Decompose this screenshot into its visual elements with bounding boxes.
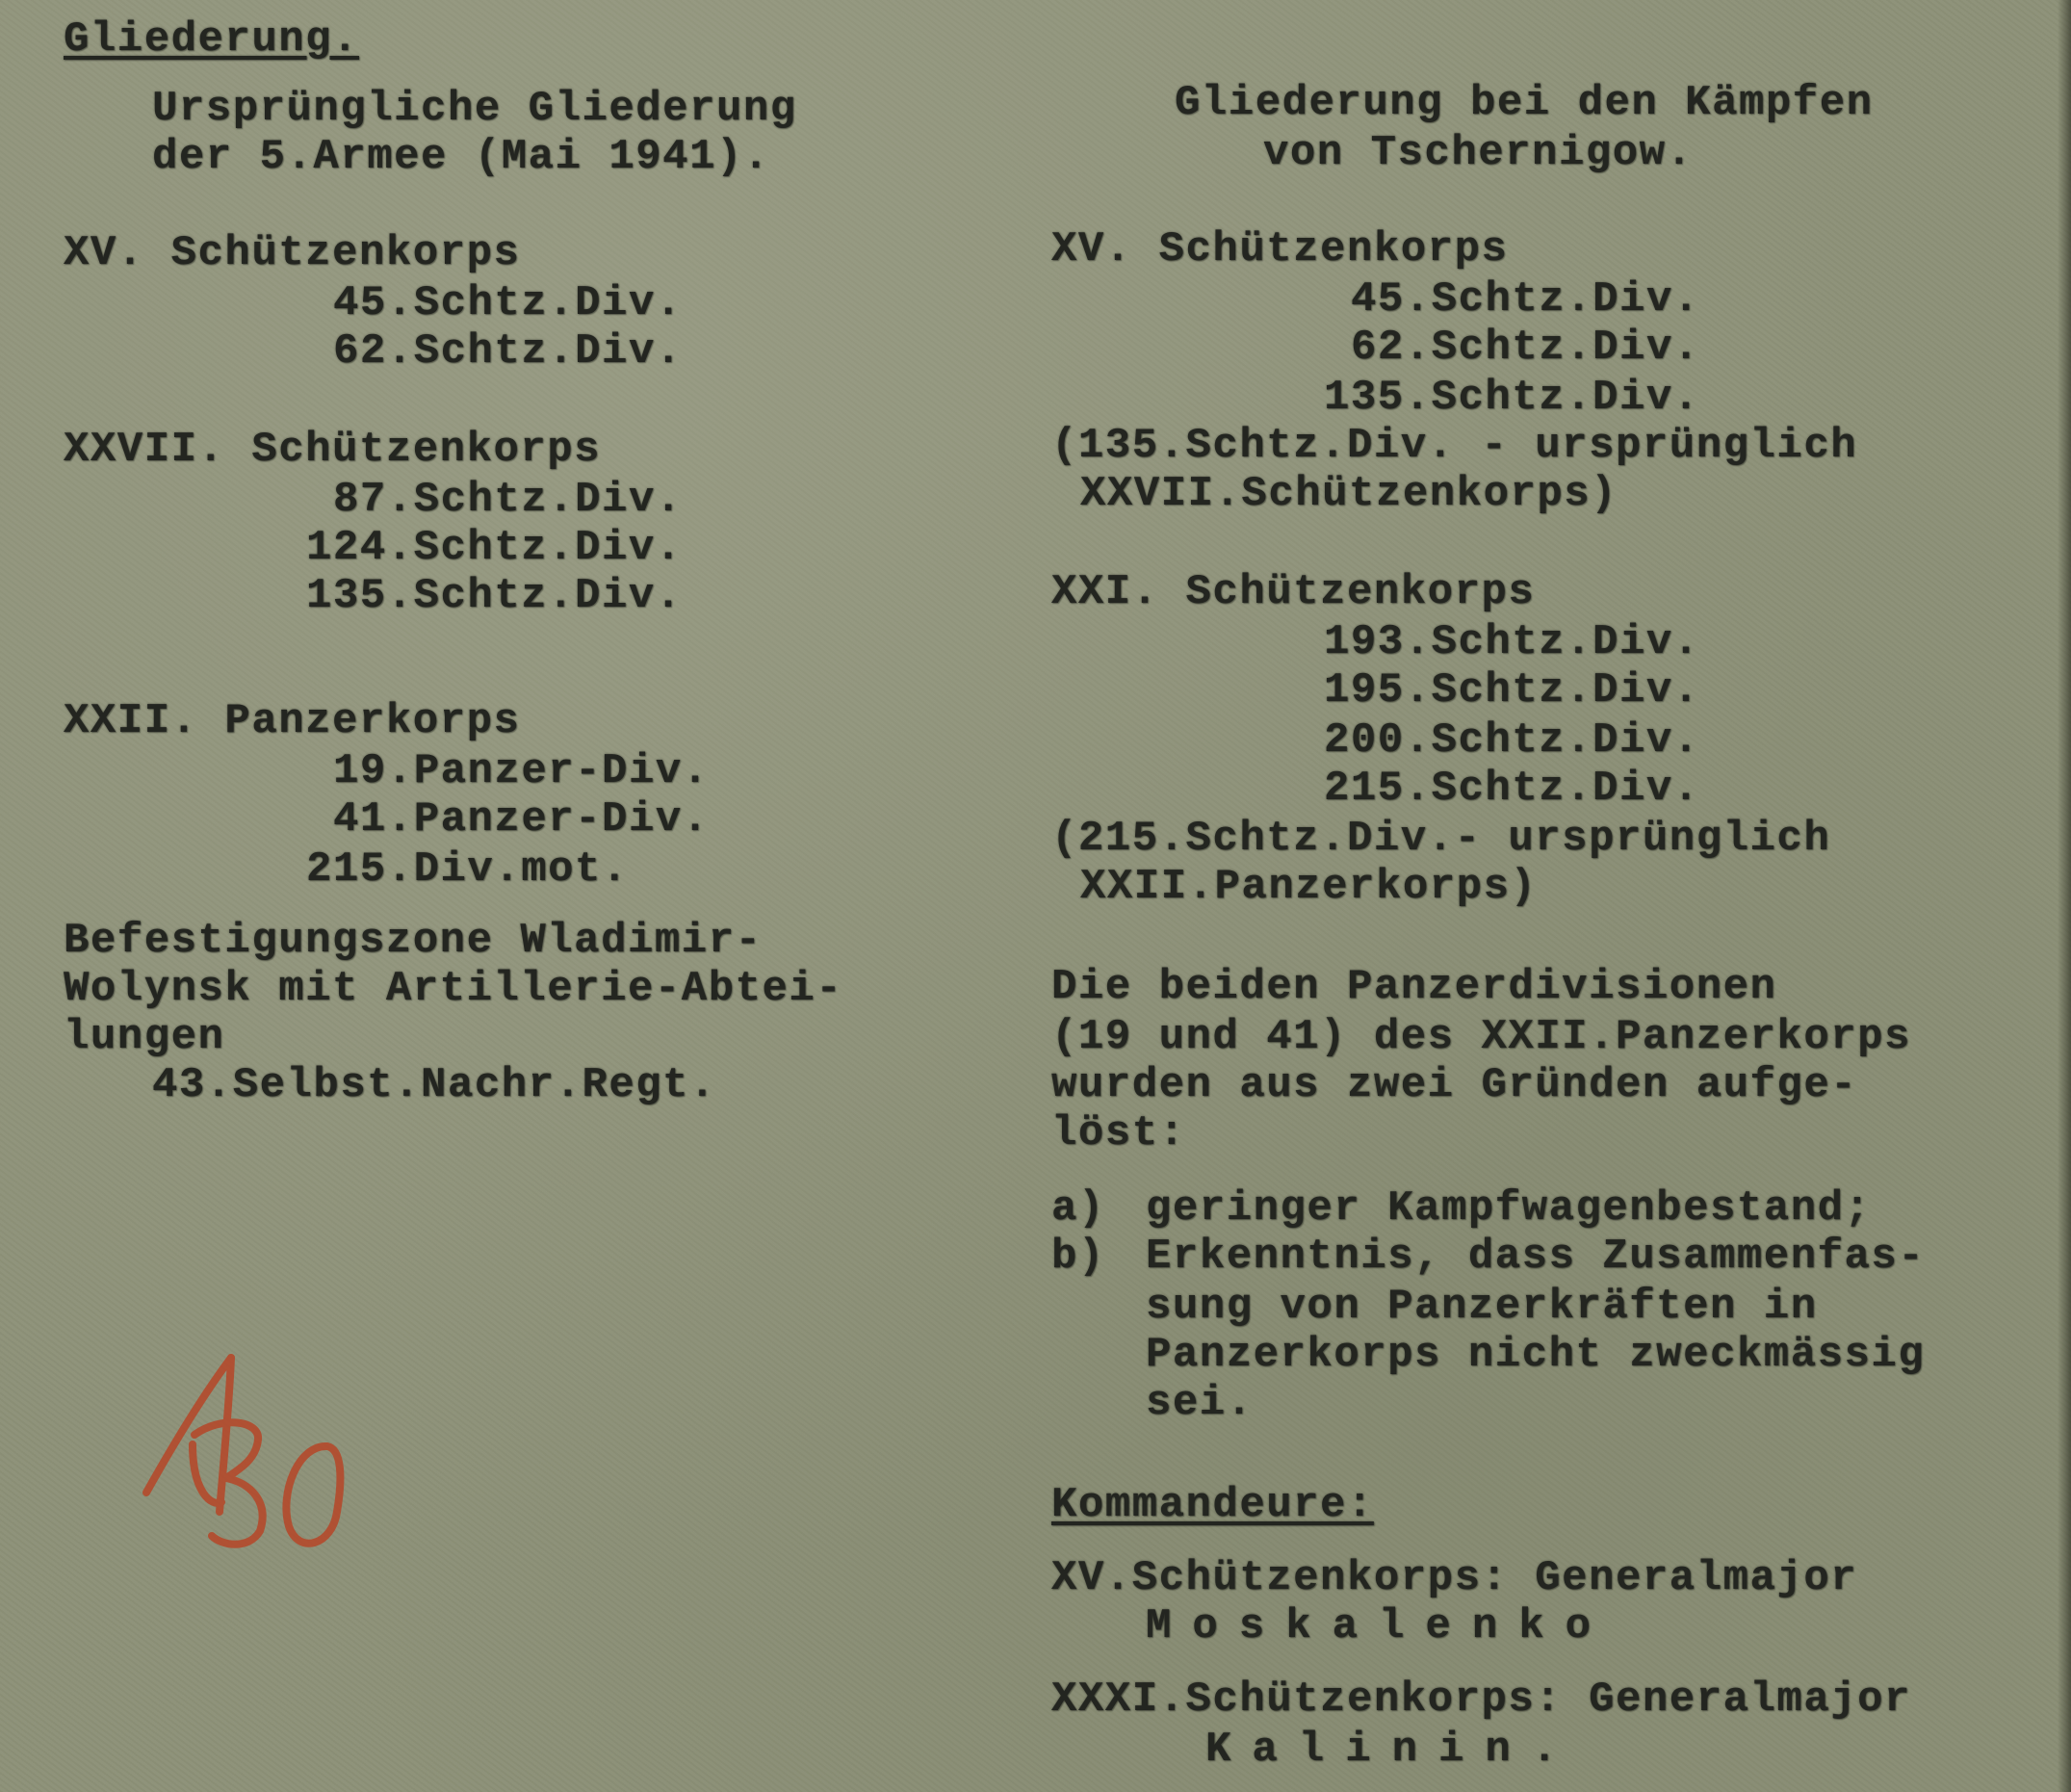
division-item: 135.Schtz.Div.	[1324, 374, 1700, 422]
division-item: 45.Schtz.Div.	[1351, 275, 1700, 324]
reason-b-label: b)	[1051, 1233, 1105, 1281]
left-title-line-2: der 5.Armee (Mai 1941).	[152, 133, 770, 181]
reason-a-label: a)	[1051, 1184, 1105, 1233]
corps-note-line-1: (215.Schtz.Div.- ursprünglich	[1051, 815, 1830, 863]
division-item: 41.Panzer-Div.	[333, 795, 710, 844]
explanation-line-1: Die beiden Panzerdivisionen	[1051, 963, 1776, 1011]
handwritten-page-number	[135, 1338, 385, 1570]
left-title-line-1: Ursprüngliche Gliederung	[152, 85, 797, 133]
reason-b-line-3: Panzerkorps nicht zweckmässig	[1146, 1331, 1925, 1379]
explanation-line-2: (19 und 41) des XXII.Panzerkorps	[1051, 1013, 1911, 1061]
commander-name-2: Kalinin.	[1205, 1726, 1578, 1774]
division-item: 193.Schtz.Div.	[1324, 618, 1700, 666]
division-item: 87.Schtz.Div.	[333, 476, 683, 524]
corps-xv-heading: XV. Schützenkorps	[64, 229, 520, 277]
commander-unit-2: XXXI.Schützenkorps: Generalmajor	[1051, 1675, 1911, 1724]
division-item: 195.Schtz.Div.	[1324, 666, 1700, 714]
right-title-line-1: Gliederung bei den Kämpfen	[1175, 79, 1874, 127]
division-item: 215.Div.mot.	[306, 845, 629, 894]
reason-b-line-4: sei.	[1146, 1379, 1254, 1427]
corps-note-line-2: XXVII.Schützenkorps)	[1080, 470, 1618, 518]
explanation-line-3: wurden aus zwei Gründen aufge-	[1051, 1061, 1857, 1109]
commander-name-1: Moskalenko	[1146, 1602, 1612, 1650]
fortification-line-2: Wolynsk mit Artillerie-Abtei-	[64, 965, 842, 1013]
division-item: 62.Schtz.Div.	[333, 327, 683, 376]
commanders-heading: Kommandeure:	[1051, 1481, 1374, 1529]
page-edge-shadow	[2058, 0, 2071, 1792]
division-item: 135.Schtz.Div.	[306, 572, 683, 620]
division-item: 215.Schtz.Div.	[1324, 765, 1700, 813]
reason-b-line-1: Erkenntnis, dass Zusammenfas-	[1146, 1233, 1925, 1281]
division-item: 124.Schtz.Div.	[306, 524, 683, 572]
explanation-line-4: löst:	[1051, 1109, 1186, 1157]
corps-xxii-heading: XXII. Panzerkorps	[64, 697, 520, 745]
corps-note-line-1: (135.Schtz.Div. - ursprünglich	[1051, 422, 1857, 470]
commander-unit-1: XV.Schützenkorps: Generalmajor	[1051, 1554, 1857, 1602]
reason-a-text: geringer Kampfwagenbestand;	[1146, 1184, 1871, 1233]
division-item: 45.Schtz.Div.	[333, 279, 683, 327]
fortification-line-1: Befestigungszone Wladimir-	[64, 917, 763, 965]
corps-xxvii-heading: XXVII. Schützenkorps	[64, 426, 601, 474]
corps-xv-heading-right: XV. Schützenkorps	[1051, 225, 1508, 273]
corps-note-line-2: XXII.Panzerkorps)	[1080, 863, 1537, 911]
right-title-line-2: von Tschernigow.	[1263, 129, 1693, 177]
division-item: 200.Schtz.Div.	[1324, 716, 1700, 765]
fortification-unit: 43.Selbst.Nachr.Regt.	[152, 1061, 716, 1109]
section-heading: Gliederung.	[64, 15, 359, 64]
division-item: 19.Panzer-Div.	[333, 747, 710, 795]
fortification-line-3: lungen	[64, 1013, 224, 1061]
reason-b-line-2: sung von Panzerkräften in	[1146, 1283, 1818, 1331]
division-item: 62.Schtz.Div.	[1351, 324, 1700, 372]
corps-xxi-heading: XXI. Schützenkorps	[1051, 568, 1535, 616]
